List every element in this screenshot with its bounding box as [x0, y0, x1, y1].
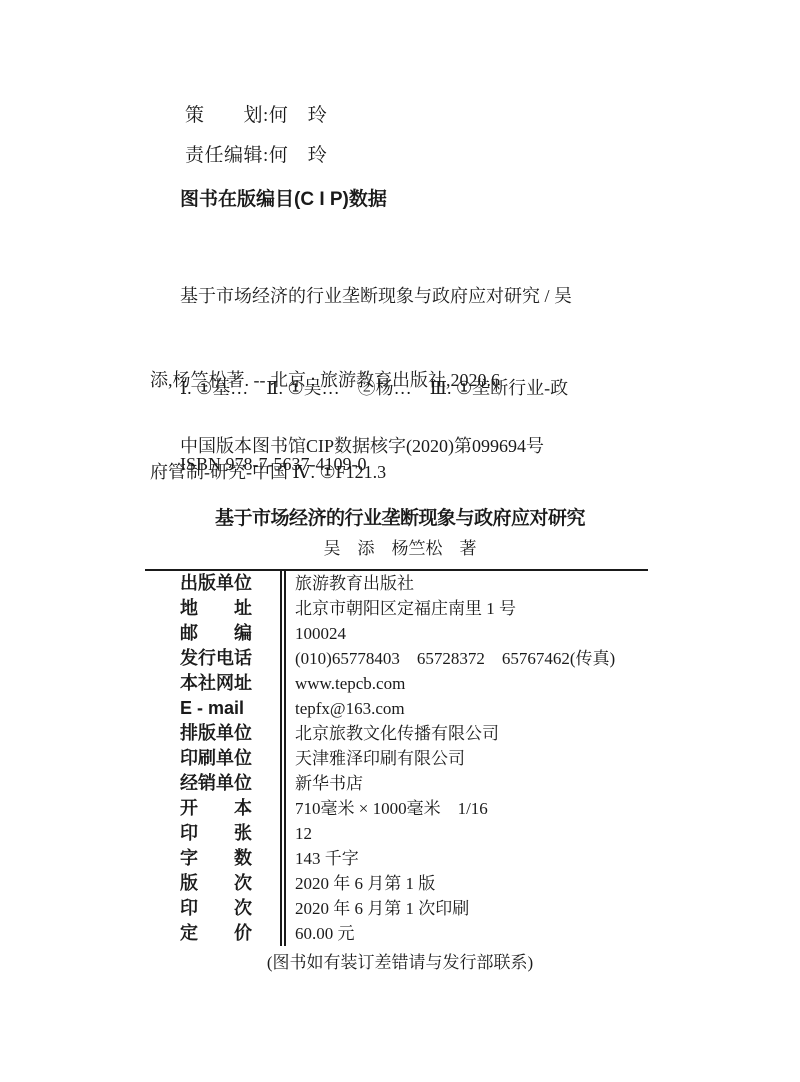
table-row: 定 价60.00 元	[145, 921, 648, 946]
colophon-row-value: 710毫米 × 1000毫米 1/16	[280, 796, 648, 821]
cip-heading: 图书在版编目(C I P)数据	[180, 184, 387, 211]
table-row: E - mailtepfx@163.com	[145, 696, 648, 721]
colophon-row-label: 经销单位	[145, 771, 280, 796]
colophon-row-label: 邮 编	[145, 621, 280, 646]
colophon-row-value: 2020 年 6 月第 1 版	[280, 871, 648, 896]
colophon-row-label: 开 本	[145, 796, 280, 821]
colophon-row-label: 本社网址	[145, 671, 280, 696]
binding-note: (图书如有装订差错请与发行部联系)	[0, 948, 800, 973]
cip-record-line: 基于市场经济的行业垄断现象与政府应对研究 / 吴	[150, 282, 660, 310]
table-row: 开 本710毫米 × 1000毫米 1/16	[145, 796, 648, 821]
colophon-row-value: (010)65778403 65728372 65767462(传真)	[280, 646, 648, 671]
cip-register-line: 中国版本图书馆CIP数据核字(2020)第099694号	[150, 432, 660, 460]
book-authors: 吴 添 杨竺松 著	[0, 534, 800, 559]
editor-line: 责任编辑:何 玲	[185, 136, 327, 176]
colophon-row-label: 定 价	[145, 921, 280, 946]
planner-label: 策 划:	[185, 105, 269, 126]
colophon-row-value: 12	[280, 821, 648, 846]
colophon-row-label: 字 数	[145, 846, 280, 871]
credits-block: 策 划:何 玲 责任编辑:何 玲	[185, 96, 327, 176]
colophon-row-value: 北京市朝阳区定福庄南里 1 号	[280, 596, 648, 621]
table-row: 印 张12	[145, 821, 648, 846]
colophon-row-value: 60.00 元	[280, 921, 648, 946]
book-title: 基于市场经济的行业垄断现象与政府应对研究	[0, 503, 800, 530]
cip-register: 中国版本图书馆CIP数据核字(2020)第099694号	[150, 376, 660, 516]
table-row: 本社网址www.tepcb.com	[145, 671, 648, 696]
colophon-row-label: 出版单位	[145, 571, 280, 596]
colophon-row-label: 排版单位	[145, 721, 280, 746]
colophon-row-value: 天津雅泽印刷有限公司	[280, 746, 648, 771]
copyright-page: 策 划:何 玲 责任编辑:何 玲 图书在版编目(C I P)数据 基于市场经济的…	[0, 0, 800, 1082]
colophon-row-value: www.tepcb.com	[280, 671, 648, 696]
table-row: 印 次2020 年 6 月第 1 次印刷	[145, 896, 648, 921]
table-row: 印刷单位天津雅泽印刷有限公司	[145, 746, 648, 771]
editor-label: 责任编辑:	[185, 145, 269, 166]
colophon-row-value: 143 千字	[280, 846, 648, 871]
colophon-row-value: 旅游教育出版社	[280, 571, 648, 596]
table-row: 经销单位新华书店	[145, 771, 648, 796]
planner-name: 何 玲	[269, 105, 328, 126]
colophon-row-label: 印刷单位	[145, 746, 280, 771]
colophon-row-label: 发行电话	[145, 646, 280, 671]
colophon-row-label: 地 址	[145, 596, 280, 621]
colophon-table: 出版单位旅游教育出版社 地 址北京市朝阳区定福庄南里 1 号 邮 编100024…	[145, 569, 648, 946]
colophon-row-value: 北京旅教文化传播有限公司	[280, 721, 648, 746]
table-row: 发行电话(010)65778403 65728372 65767462(传真)	[145, 646, 648, 671]
table-row: 地 址北京市朝阳区定福庄南里 1 号	[145, 596, 648, 621]
colophon-row-value: 100024	[280, 621, 648, 646]
colophon-row-label: 印 次	[145, 896, 280, 921]
table-row: 出版单位旅游教育出版社	[145, 571, 648, 596]
table-row: 邮 编100024	[145, 621, 648, 646]
table-row: 字 数143 千字	[145, 846, 648, 871]
colophon-row-label: 印 张	[145, 821, 280, 846]
table-row: 排版单位北京旅教文化传播有限公司	[145, 721, 648, 746]
colophon-row-label: E - mail	[145, 696, 280, 721]
colophon-row-label: 版 次	[145, 871, 280, 896]
table-row: 版 次2020 年 6 月第 1 版	[145, 871, 648, 896]
editor-name: 何 玲	[269, 145, 328, 166]
colophon-row-value: 2020 年 6 月第 1 次印刷	[280, 896, 648, 921]
planner-line: 策 划:何 玲	[185, 96, 327, 136]
colophon-row-value: 新华书店	[280, 771, 648, 796]
colophon-row-value: tepfx@163.com	[280, 696, 648, 721]
